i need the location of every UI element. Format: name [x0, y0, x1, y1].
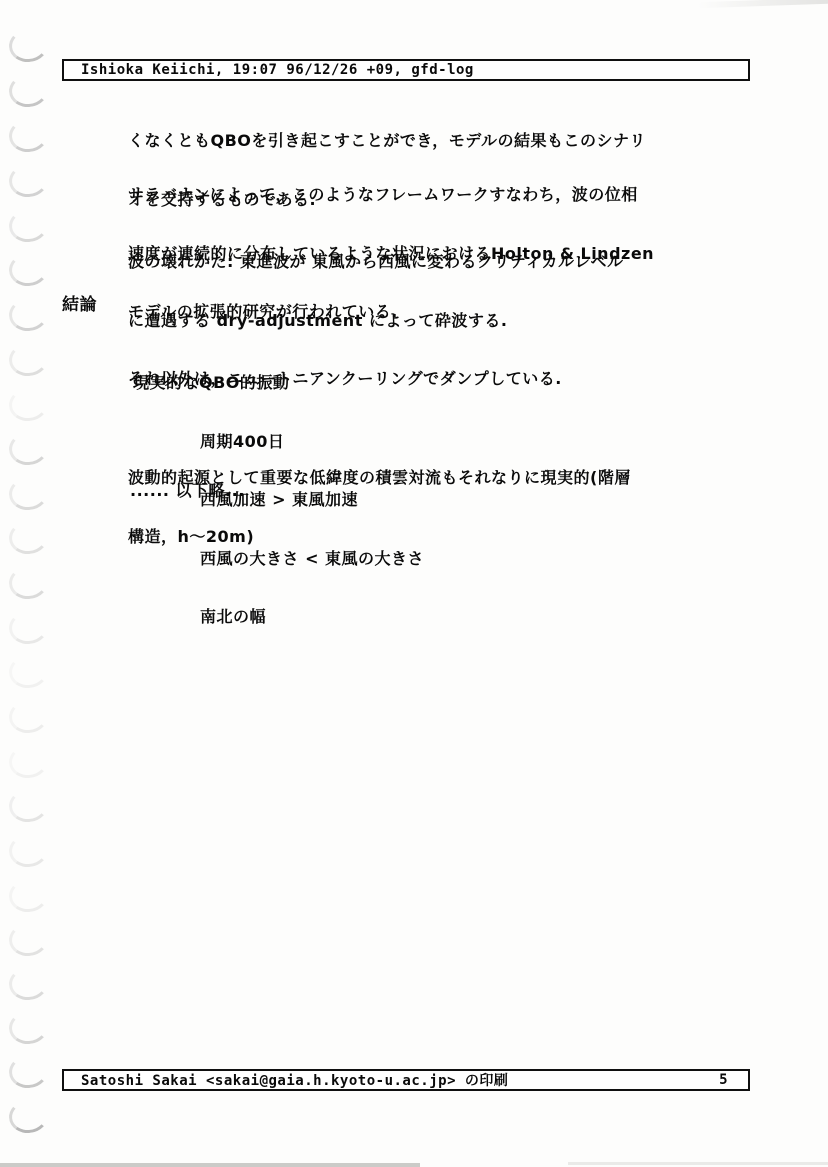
paragraph: 波動的起源として重要な低緯度の積雲対流もそれなりに現実的(階層 構造，h～20m…	[128, 429, 631, 585]
binder-hole-mark	[7, 609, 49, 646]
binder-hole-mark	[7, 832, 49, 869]
binder-hole-mark	[7, 653, 49, 690]
scan-artifact	[0, 1163, 420, 1167]
binder-hole-mark	[7, 386, 49, 423]
header-text: Ishioka Keiichi, 19:07 96/12/26 +09, gfd…	[81, 62, 474, 78]
binder-hole-mark	[7, 965, 49, 1002]
binder-hole-mark	[7, 27, 49, 64]
scan-artifact	[698, 0, 828, 8]
binder-hole-mark	[7, 564, 49, 601]
binder-hole-mark	[7, 475, 49, 512]
binder-hole-mark	[7, 743, 49, 780]
binder-hole-mark	[7, 162, 49, 199]
binder-hole-mark	[7, 117, 49, 154]
conclusion-heading: 結論	[62, 296, 97, 316]
binder-hole-mark	[7, 296, 49, 333]
header-bar: Ishioka Keiichi, 19:07 96/12/26 +09, gfd…	[62, 59, 750, 81]
binder-hole-mark	[7, 519, 49, 556]
list-title: 現実的なQBO的振動	[133, 373, 424, 393]
binder-hole-mark	[7, 72, 49, 109]
binder-hole-mark	[7, 430, 49, 467]
text-line: サラバナンによって，このようなフレームワークすなわち，波の位相	[128, 185, 654, 205]
list-item: 南北の幅	[133, 607, 424, 627]
scanned-page: Ishioka Keiichi, 19:07 96/12/26 +09, gfd…	[0, 0, 828, 1167]
page-number: 5	[719, 1072, 728, 1088]
ellipsis-line: ...... 以下略...	[130, 481, 245, 501]
binder-hole-mark	[7, 1009, 49, 1046]
binder-hole-mark	[7, 787, 49, 824]
text-line: に遭遇する dry-adjustment によって砕波する.	[128, 311, 624, 331]
text-line: 構造，h～20m)	[128, 527, 631, 547]
binder-hole-mark	[7, 251, 49, 288]
scan-artifact	[568, 1162, 828, 1165]
binder-hole-mark	[7, 1098, 49, 1135]
binder-hole-mark	[7, 1053, 49, 1090]
binder-hole-mark	[7, 921, 49, 958]
footer-text: Satoshi Sakai <sakai@gaia.h.kyoto-u.ac.j…	[81, 1070, 508, 1090]
text-line: 波の壊れかた: 東進波が 東風から西風に変わるクリティカルレベル	[128, 252, 624, 272]
binder-hole-mark	[7, 698, 49, 735]
binder-hole-mark	[7, 207, 49, 244]
binder-hole-mark	[7, 341, 49, 378]
binder-hole-mark	[7, 877, 49, 914]
footer-bar: Satoshi Sakai <sakai@gaia.h.kyoto-u.ac.j…	[62, 1069, 750, 1091]
